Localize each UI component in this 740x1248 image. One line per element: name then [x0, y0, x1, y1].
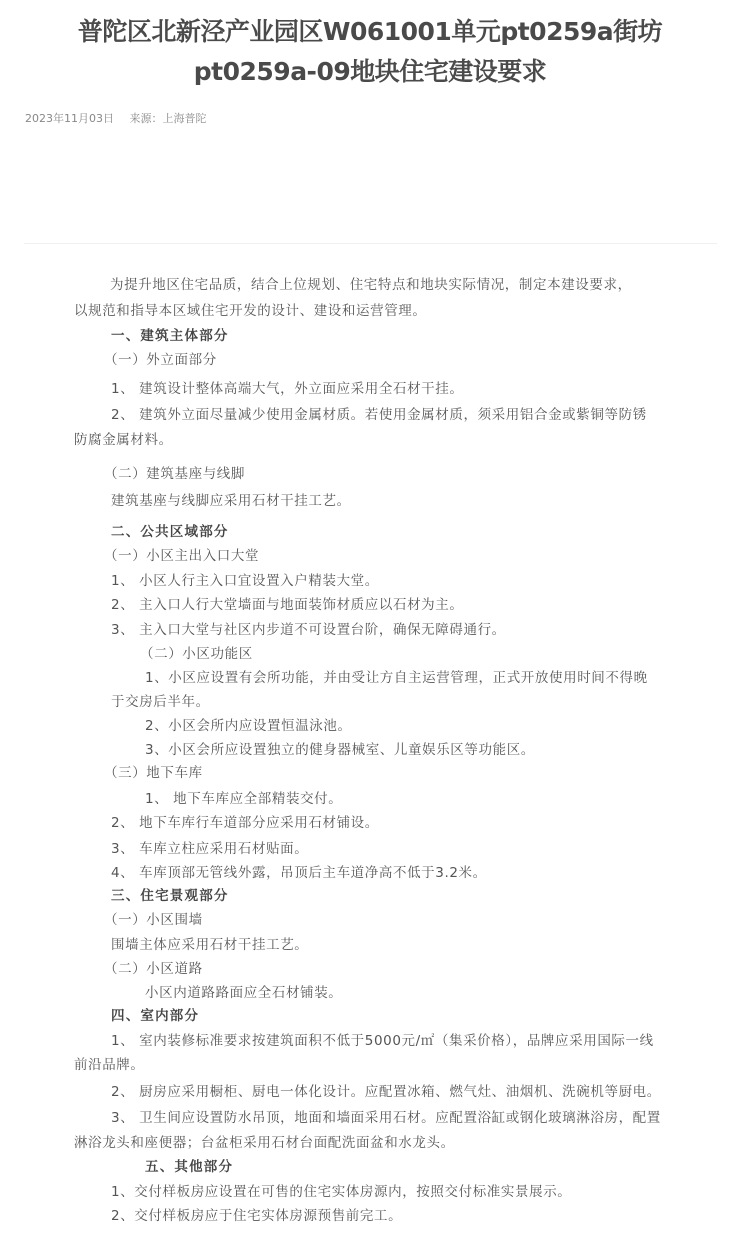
article-meta: 2023年11月03日 来源：上海普陀	[25, 111, 207, 127]
publish-date: 2023年11月03日	[25, 112, 114, 125]
body-paragraph-line: 3、 卫生间应设置防水吊顶，地面和墙面采用石材。应配置浴缸或钢化玻璃淋浴房，配置	[111, 1108, 661, 1128]
body-paragraph-line: 于交房后半年。	[111, 692, 210, 712]
body-paragraph-line: 淋浴龙头和座便器；台盆柜采用石材台面配洗面盆和水龙头。	[74, 1133, 455, 1153]
body-paragraph-line: （一）外立面部分	[104, 350, 217, 370]
section-heading: 四、室内部分	[111, 1006, 199, 1026]
body-paragraph-line: 1、交付样板房应设置在可售的住宅实体房源内，按照交付标准实景展示。	[111, 1182, 571, 1202]
article-title-line-2: pt0259a-09地块住宅建设要求	[0, 52, 740, 92]
body-paragraph-line: 1、 室内装修标准要求按建筑面积不低于5000元/㎡（集采价格），品牌应采用国际…	[111, 1031, 654, 1051]
section-heading: 一、建筑主体部分	[111, 326, 229, 346]
section-heading: 三、住宅景观部分	[111, 886, 229, 906]
body-paragraph-line: 1、 小区人行主入口宜设置入户精装大堂。	[111, 571, 379, 591]
body-paragraph-line: 1、 建筑设计整体高端大气，外立面应采用全石材干挂。	[111, 379, 463, 399]
body-paragraph-line: 3、 主入口大堂与社区内步道不可设置台阶，确保无障碍通行。	[111, 620, 506, 640]
body-paragraph-line: 2、小区会所内应设置恒温泳池。	[145, 716, 352, 736]
body-paragraph-line: 3、小区会所应设置独立的健身器械室、儿童娱乐区等功能区。	[145, 740, 535, 760]
body-paragraph-line: 为提升地区住宅品质，结合上位规划、住宅特点和地块实际情况，制定本建设要求，	[110, 275, 632, 295]
body-paragraph-line: 4、 车库顶部无管线外露，吊顶后主车道净高不低于3.2米。	[111, 863, 487, 883]
body-paragraph-line: 围墙主体应采用石材干挂工艺。	[111, 935, 308, 955]
body-paragraph-line: 前沿品牌。	[74, 1055, 145, 1075]
body-paragraph-line: （三）地下车库	[104, 763, 203, 783]
body-paragraph-line: 以规范和指导本区域住宅开发的设计、建设和运营管理。	[74, 301, 427, 321]
body-paragraph-line: 1、 地下车库应全部精装交付。	[145, 789, 342, 809]
article-title: 普陀区北新泾产业园区W061001单元pt0259a街坊 pt0259a-09地…	[0, 12, 740, 92]
header-divider	[24, 243, 717, 244]
body-paragraph-line: （一）小区主出入口大堂	[104, 546, 259, 566]
body-paragraph-line: （二）小区功能区	[140, 644, 253, 664]
body-paragraph-line: 2、交付样板房应于住宅实体房源预售前完工。	[111, 1206, 402, 1226]
article-source: 来源：上海普陀	[130, 112, 207, 125]
body-paragraph-line: （一）小区围墙	[104, 910, 203, 930]
body-paragraph-line: 防腐金属材料。	[74, 430, 173, 450]
body-paragraph-line: 1、小区应设置有会所功能，并由受让方自主运营管理，正式开放使用时间不得晚	[145, 668, 648, 688]
body-paragraph-line: （二）小区道路	[104, 959, 203, 979]
body-paragraph-line: 3、 车库立柱应采用石材贴面。	[111, 839, 308, 859]
body-paragraph-line: （二）建筑基座与线脚	[104, 464, 245, 484]
body-paragraph-line: 小区内道路路面应全石材铺装。	[145, 983, 342, 1003]
body-paragraph-line: 2、 厨房应采用橱柜、厨电一体化设计。应配置冰箱、燃气灶、油烟机、洗碗机等厨电。	[111, 1082, 661, 1102]
body-paragraph-line: 2、 地下车库行车道部分应采用石材铺设。	[111, 813, 379, 833]
body-paragraph-line: 2、 主入口人行大堂墙面与地面装饰材质应以石材为主。	[111, 595, 463, 615]
body-paragraph-line: 建筑基座与线脚应采用石材干挂工艺。	[111, 491, 351, 511]
article-title-line-1: 普陀区北新泾产业园区W061001单元pt0259a街坊	[0, 12, 740, 52]
body-paragraph-line: 2、 建筑外立面尽量减少使用金属材质。若使用金属材质，须采用铝合金或紫铜等防锈	[111, 405, 647, 425]
section-heading: 五、其他部分	[145, 1157, 233, 1177]
section-heading: 二、公共区域部分	[111, 522, 229, 542]
